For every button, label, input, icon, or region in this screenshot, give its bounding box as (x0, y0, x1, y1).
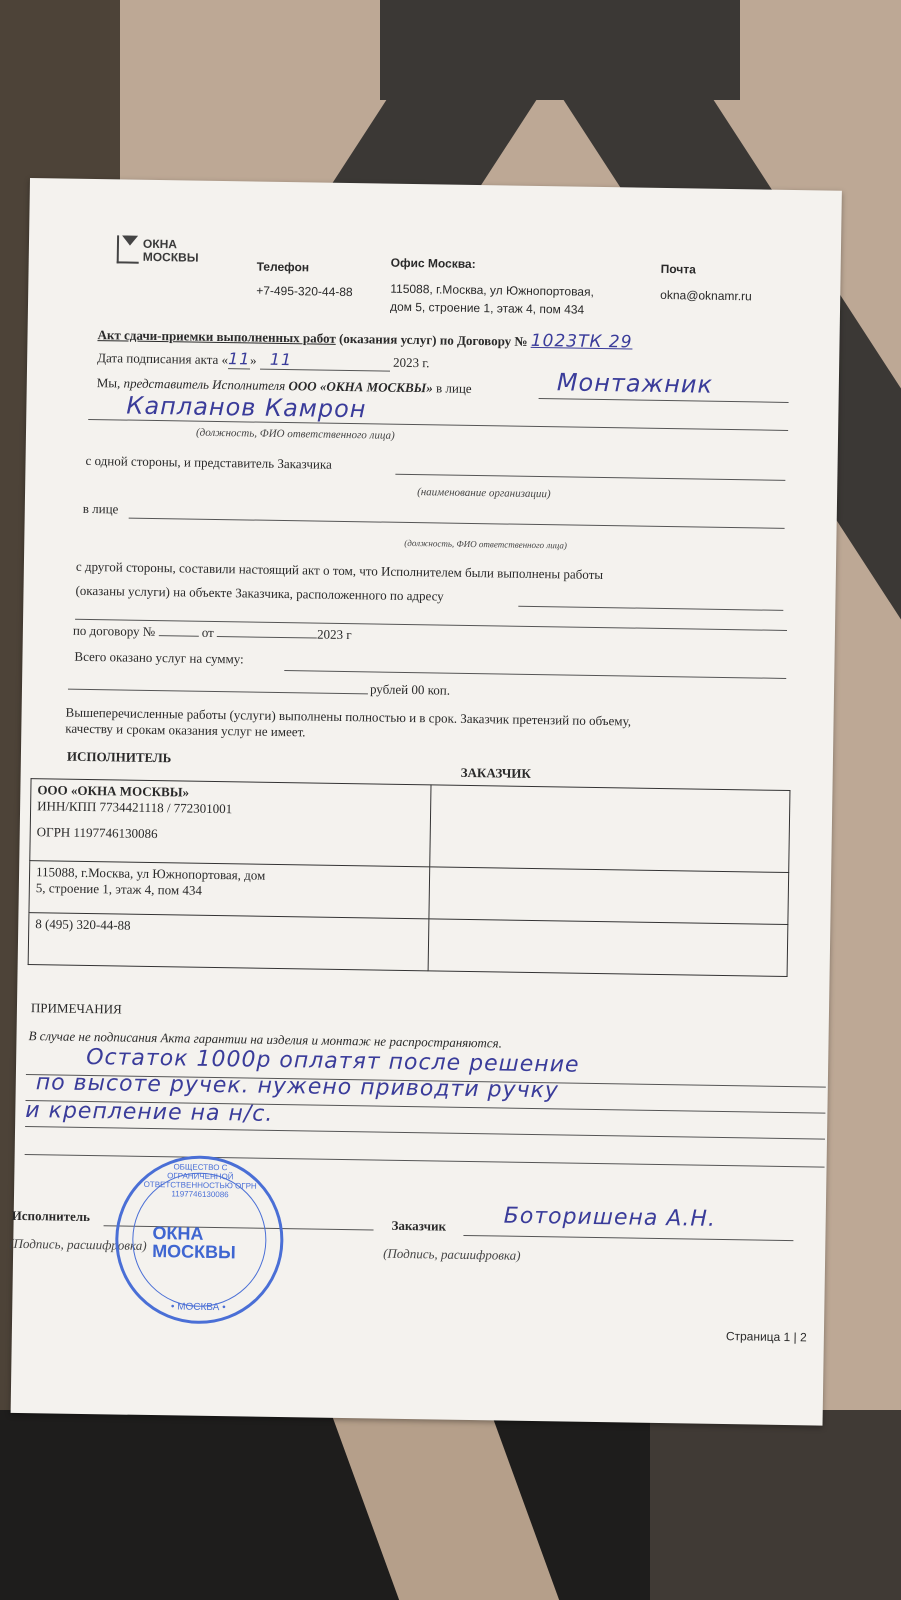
position-handwritten: Монтажник (557, 368, 714, 398)
date-line: Дата подписания акта «11» 11 2023 г. (97, 347, 430, 372)
mail-label: Почта (661, 262, 696, 277)
executor-heading: ИСПОЛНИТЕЛЬ (67, 749, 172, 767)
customer-phone-cell (428, 919, 788, 977)
other-side-line2: (оказаны услуги) на объекте Заказчика, р… (75, 583, 443, 605)
we-prefix: Мы, (97, 375, 121, 390)
other-side-line1: с другой стороны, составили настоящий ак… (76, 559, 603, 583)
customer-address-cell (429, 867, 789, 925)
stamp-ring-text: ОБЩЕСТВО С ОГРАНИЧЕННОЙ ОТВЕТСТВЕННОСТЬЮ… (119, 1162, 282, 1201)
phone-label: Телефон (257, 260, 310, 275)
rubles-label: рублей 00 коп. (370, 681, 450, 698)
contract-line-a: по договору № (73, 623, 156, 639)
completed-line2: качеству и срокам оказания услуг не имее… (65, 721, 305, 741)
logo-line2: МОСКВЫ (143, 251, 199, 265)
logo-mark-icon (117, 235, 139, 263)
contract-line-b: от (202, 625, 214, 640)
contract-number-handwritten: 1023ТК 29 (531, 331, 633, 353)
customer-signature-handwritten: Боторишена А.Н. (504, 1204, 717, 1232)
caption-position-2: (должность, ФИО ответственного лица) (404, 538, 567, 551)
ogrn: ОГРН 1197746130086 (37, 824, 424, 846)
customer-heading: ЗАКАЗЧИК (461, 765, 531, 782)
contract-line-c: 2023 г (317, 627, 352, 643)
act-document: ОКНА МОСКВЫ Телефон +7-495-320-44-88 Офи… (11, 178, 842, 1426)
note-handwritten-3: и крепление на н/с. (25, 1098, 273, 1127)
month-handwritten: 11 (260, 350, 390, 372)
act-title: Акт сдачи-приемки выполненных работ (97, 327, 335, 346)
stamp-brand-2: МОСКВЫ (152, 1242, 236, 1261)
date-label: Дата подписания акта « (97, 350, 228, 367)
we-company: ООО «ОКНА МОСКВЫ» (288, 378, 433, 395)
we-suffix: в лице (436, 380, 472, 396)
caption-org: (наименование организации) (417, 486, 551, 500)
day-handwritten: 11 (228, 349, 250, 369)
contract-line: по договору № от 2023 г (73, 623, 352, 643)
name-handwritten: Капланов Камрон (126, 392, 367, 424)
we-italic: представитель Исполнителя (123, 375, 285, 393)
caption-position: (должность, ФИО ответственного лица) (196, 427, 395, 442)
one-side-text: с одной стороны, и представитель Заказчи… (85, 453, 332, 473)
customer-signature-label: Заказчик (391, 1218, 446, 1235)
customer-details-cell (430, 785, 790, 873)
office-line2: дом 5, строение 1, этаж 4, пом 434 (390, 298, 584, 319)
customer-signature-caption: (Подпись, расшифровка) (383, 1246, 521, 1264)
phone-value: +7-495-320-44-88 (256, 282, 353, 302)
executor-phone: 8 (495) 320-44-88 (28, 913, 429, 971)
company-logo: ОКНА МОСКВЫ (117, 235, 199, 264)
executor-signature-label: Исполнитель (12, 1208, 91, 1225)
requisites-table: ООО «ОКНА МОСКВЫ» ИНН/КПП 7734421118 / 7… (28, 778, 791, 977)
total-label: Всего оказано услуг на сумму: (74, 649, 244, 668)
date-close: » (250, 352, 257, 367)
notes-heading: ПРИМЕЧАНИЯ (31, 1000, 122, 1017)
stamp-city: • МОСКВА • (117, 1301, 279, 1315)
mail-value: okna@oknamr.ru (660, 286, 752, 305)
company-stamp: ОБЩЕСТВО С ОГРАНИЧЕННОЙ ОТВЕТСТВЕННОСТЬЮ… (114, 1154, 285, 1325)
year: 2023 г. (393, 355, 430, 371)
in-person-label: в лице (83, 501, 119, 518)
act-title-suffix: (оказания услуг) по Договору № (339, 331, 528, 349)
office-label: Офис Москва: (391, 256, 476, 271)
page-number: Страница 1 | 2 (726, 1329, 807, 1344)
